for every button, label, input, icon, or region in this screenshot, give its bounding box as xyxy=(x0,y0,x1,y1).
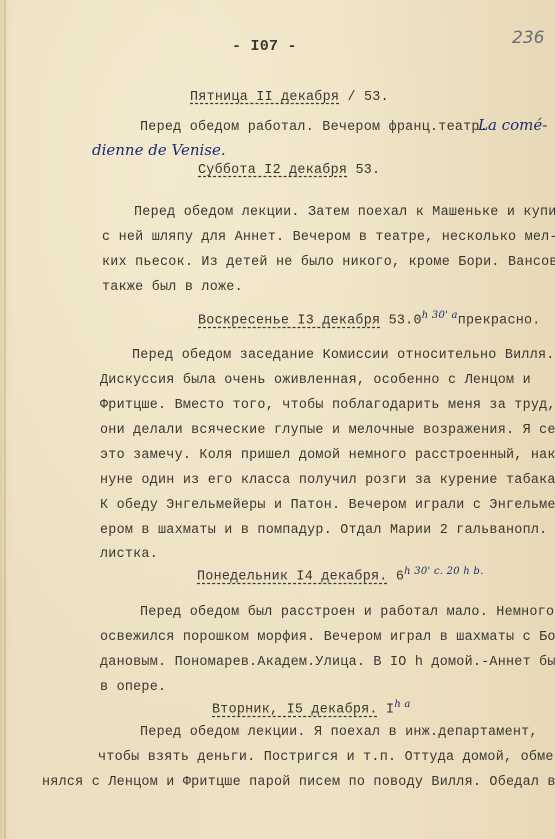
entry-heading-sunday: Воскресенье I3 декабря 53.0h 30' aпрекра… xyxy=(198,310,541,328)
entry-line: Перед обедом лекции. Затем поехал к Маше… xyxy=(134,205,555,220)
handwritten-note: La comé- xyxy=(478,116,547,134)
entry-line: это замечу. Коля пришел домой немного ра… xyxy=(100,448,555,463)
entry-heading-tuesday: Вторник, I5 декабря. Ih a xyxy=(212,699,411,717)
entry-line: Перед обедом работал. Вечером франц.теат… xyxy=(140,120,488,135)
entry-line: Фритцше. Вместо того, чтобы поблагодарит… xyxy=(100,398,555,413)
entry-line: Перед обедом заседание Комиссии относите… xyxy=(132,348,555,363)
entry-heading-monday: Понедельник I4 декабря. 6h 30' c. 20 h b… xyxy=(197,566,484,584)
entry-line: Дискуссия была очень оживленная, особенн… xyxy=(100,373,531,388)
entry-line: они делали всяческие глупые и мелочные в… xyxy=(100,423,555,438)
entry-line: К обеду Энгельмейеры и Патон. Вечером иг… xyxy=(100,498,555,513)
page-number: - I07 - xyxy=(232,38,297,55)
entry-line: также был в ложе. xyxy=(102,280,243,295)
entry-line: в опере. xyxy=(100,680,166,695)
entry-line: Перед обедом был расстроен и работал мал… xyxy=(140,605,554,620)
entry-line: листка. xyxy=(100,547,158,562)
entry-line: ких пьесок. Из детей не было никого, кро… xyxy=(102,255,555,270)
entry-line: Перед обедом лекции. Я поехал в инж.депа… xyxy=(140,725,538,740)
document-page: - I07 - 236 Пятница II декабря / 53. Пер… xyxy=(0,0,555,839)
entry-heading-saturday: Суббота I2 декабря 53. xyxy=(198,163,380,178)
entry-line: дановым. Пономарев.Академ.Улица. В IO h … xyxy=(100,655,555,670)
archive-number: 236 xyxy=(512,28,544,48)
entry-line: освежился порошком морфия. Вечером играл… xyxy=(100,630,555,645)
entry-line: нуне один из его класса получил розги за… xyxy=(100,473,555,488)
entry-line: ером в шахматы и в помпадур. Отдал Марии… xyxy=(100,523,547,538)
entry-line: нялся с Ленцом и Фритцше парой писем по … xyxy=(42,775,555,790)
entry-heading-friday: Пятница II декабря / 53. xyxy=(190,90,389,105)
entry-line: с ней шляпу для Аннет. Вечером в театре,… xyxy=(102,230,555,245)
paper-edge xyxy=(4,0,6,839)
entry-line: чтобы взять деньги. Постригся и т.п. Отт… xyxy=(98,750,555,765)
handwritten-note: dienne de Venise. xyxy=(92,141,226,159)
